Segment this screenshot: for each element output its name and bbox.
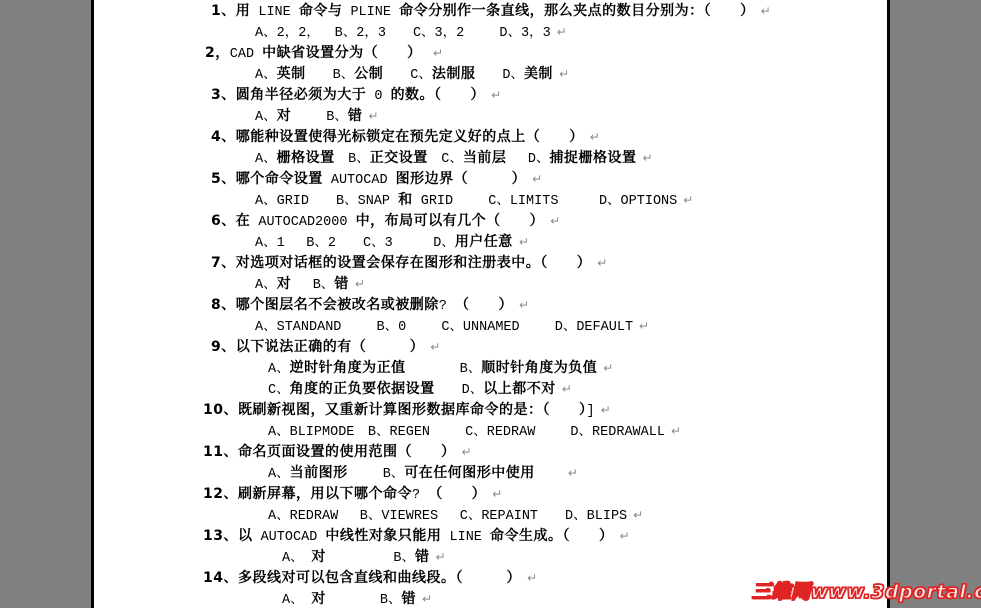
text-segment: 对: [297, 549, 326, 565]
document-line: A、 对 B、错↵: [94, 547, 887, 568]
line-break-mark-icon: ↵: [562, 382, 572, 396]
text-segment: 错: [334, 276, 349, 292]
line-break-mark-icon: ↵: [519, 298, 529, 312]
text-segment: 0: [366, 89, 390, 104]
document-line: 11、命名页面设置的使用范围（ ）↵: [94, 442, 887, 463]
text-segment: A、: [268, 362, 290, 377]
text-segment: 错: [401, 591, 416, 607]
text-segment: C、: [428, 152, 463, 167]
text-segment: 捕捉栅格设置: [550, 150, 637, 166]
document-line: A、REDRAW B、VIEWRES C、REPAINT D、BLIPS↵: [94, 505, 887, 526]
document-line: 12、刷新屏幕，用以下哪个命令? （ ）↵: [94, 484, 887, 505]
line-break-mark-icon: ↵: [568, 466, 578, 480]
text-segment: 用户任意: [455, 234, 513, 250]
document-line: 10、既刷新视图，又重新计算图形数据库命令的是：（ ）]↵: [94, 400, 887, 421]
text-segment: 14、多段线对可以包含直线和曲线段。（ ）: [203, 570, 521, 586]
text-segment: A、1 B、2 C、3 D、: [255, 236, 455, 251]
text-segment: A、STANDAND B、0 C、UNNAMED D、DEFAULT: [255, 320, 633, 335]
text-segment: 的数。（ ）: [391, 87, 486, 103]
text-segment: 9、以下说法正确的有（ ）: [211, 339, 424, 355]
text-segment: （ ）: [428, 486, 486, 502]
text-segment: 6、在: [211, 213, 250, 229]
line-break-mark-icon: ↵: [671, 424, 681, 438]
text-segment: 法制服: [432, 66, 476, 82]
text-segment: 逆时针角度为正值: [290, 360, 406, 376]
document-line: A、栅格设置 B、正交设置 C、当前层 D、捕捉栅格设置↵: [94, 148, 887, 169]
line-break-mark-icon: ↵: [550, 214, 560, 228]
text-segment: D、: [506, 152, 549, 167]
line-break-mark-icon: ↵: [492, 487, 502, 501]
text-segment: 命令与: [299, 3, 343, 19]
text-segment: 8、哪个图层名不会被改名或被删除: [211, 297, 439, 313]
text-segment: A、: [255, 152, 277, 167]
text-segment: 1、用: [211, 3, 250, 19]
text-segment: A、REDRAW B、VIEWRES C、REPAINT D、BLIPS: [268, 509, 627, 524]
line-break-mark-icon: ↵: [491, 88, 501, 102]
text-segment: B、: [326, 551, 415, 566]
line-break-mark-icon: ↵: [761, 4, 771, 18]
text-segment: D、: [435, 383, 484, 398]
text-segment: 7、对选项对话框的设置会保存在图形和注册表中。（ ）: [211, 255, 591, 271]
text-segment: 可在任何图形中使用: [404, 465, 535, 481]
text-segment: D、: [475, 68, 524, 83]
text-segment: A、GRID B、SNAP: [255, 194, 398, 209]
text-segment: 顺时针角度为负值: [481, 360, 597, 376]
document-line: 1、用 LINE 命令与 PLINE 命令分别作一条直线，那么夹点的数目分别为：…: [94, 1, 887, 22]
document-line: C、角度的正负要依据设置 D、以上都不对↵: [94, 379, 887, 400]
document-line: A、当前图形 B、可在任何图形中使用 ↵: [94, 463, 887, 484]
text-segment: 命令分别作一条直线，那么夹点的数目分别为：（ ）: [399, 3, 755, 19]
text-segment: 公制: [354, 66, 383, 82]
document-line: A、对 B、错↵: [94, 274, 887, 295]
text-segment: C、: [383, 68, 432, 83]
document-line: A、GRID B、SNAP 和 GRID C、LIMITS D、OPTIONS↵: [94, 190, 887, 211]
document-line: 3、圆角半径必须为大于 0 的数。（ ）↵: [94, 85, 887, 106]
text-segment: B、: [326, 593, 402, 608]
text-segment: 美制: [524, 66, 553, 82]
text-segment: A、BLIPMODE B、REGEN C、REDRAW D、REDRAWALL: [268, 425, 665, 440]
text-segment: ?: [439, 299, 455, 314]
text-segment: ]: [586, 404, 594, 419]
document-page: 1、用 LINE 命令与 PLINE 命令分别作一条直线，那么夹点的数目分别为：…: [91, 0, 890, 608]
document-line: 2，CAD 中缺省设置分为（ ） ↵: [94, 43, 887, 64]
text-segment: LINE: [441, 530, 490, 545]
text-segment: 角度的正负要依据设置: [290, 381, 435, 397]
line-break-mark-icon: ↵: [683, 193, 693, 207]
text-segment: PLINE: [342, 5, 399, 20]
line-break-mark-icon: ↵: [355, 277, 365, 291]
text-segment: 对: [277, 276, 292, 292]
text-segment: A、: [255, 68, 277, 83]
document-line: A、STANDAND B、0 C、UNNAMED D、DEFAULT↵: [94, 316, 887, 337]
document-line: 13、以 AUTOCAD 中线性对象只能用 LINE 命令生成。（ ）↵: [94, 526, 887, 547]
line-break-mark-icon: ↵: [557, 25, 567, 39]
text-segment: 12、刷新屏幕，用以下哪个命令: [203, 486, 412, 502]
site-watermark: 三维网www.3dportal.cn: [752, 577, 981, 604]
document-line: 5、哪个命令设置 AUTOCAD 图形边界（ ）↵: [94, 169, 887, 190]
text-segment: B、: [306, 68, 355, 83]
document-line: 4、哪能种设置使得光标锁定在预先定义好的点上（ ）↵: [94, 127, 887, 148]
document-line: A、1 B、2 C、3 D、用户任意↵: [94, 232, 887, 253]
document-content: 1、用 LINE 命令与 PLINE 命令分别作一条直线，那么夹点的数目分别为：…: [94, 0, 887, 608]
document-viewer-background: 1、用 LINE 命令与 PLINE 命令分别作一条直线，那么夹点的数目分别为：…: [0, 0, 981, 608]
line-break-mark-icon: ↵: [620, 529, 630, 543]
text-segment: 2，: [205, 45, 230, 61]
text-segment: A、2，2， B、2，3 C、3，2 D、3，3: [255, 26, 551, 41]
line-break-mark-icon: ↵: [433, 46, 443, 60]
line-break-mark-icon: ↵: [435, 550, 445, 564]
text-segment: 命令生成。（ ）: [490, 528, 614, 544]
document-line: A、英制 B、公制 C、法制服 D、美制↵: [94, 64, 887, 85]
line-break-mark-icon: ↵: [559, 67, 569, 81]
text-segment: 当前图形: [290, 465, 348, 481]
text-segment: 当前层: [463, 150, 507, 166]
line-break-mark-icon: ↵: [527, 571, 537, 585]
text-segment: ?: [412, 488, 428, 503]
text-segment: A、: [268, 467, 290, 482]
line-break-mark-icon: ↵: [368, 109, 378, 123]
line-break-mark-icon: ↵: [603, 361, 613, 375]
text-segment: （ ）: [455, 297, 513, 313]
text-segment: 10、既刷新视图，又重新计算图形数据库命令的是：（ ）: [203, 402, 586, 418]
text-segment: 11、命名页面设置的使用范围（ ）: [203, 444, 455, 460]
line-break-mark-icon: ↵: [633, 508, 643, 522]
document-line: 8、哪个图层名不会被改名或被删除? （ ）↵: [94, 295, 887, 316]
text-segment: 中线性对象只能用: [325, 528, 441, 544]
text-segment: 错: [348, 108, 363, 124]
text-segment: 英制: [277, 66, 306, 82]
line-break-mark-icon: ↵: [430, 340, 440, 354]
document-line: A、对 B、错↵: [94, 106, 887, 127]
line-break-mark-icon: ↵: [422, 592, 432, 606]
text-segment: AUTOCAD: [323, 173, 396, 188]
text-segment: A、: [255, 278, 277, 293]
text-segment: 4、哪能种设置使得光标锁定在预先定义好的点上（ ）: [211, 129, 584, 145]
text-segment: LINE: [250, 5, 299, 20]
line-break-mark-icon: ↵: [597, 256, 607, 270]
text-segment: A、: [255, 110, 277, 125]
line-break-mark-icon: ↵: [590, 130, 600, 144]
text-segment: AUTOCAD2000: [250, 215, 355, 230]
document-line: 6、在 AUTOCAD2000 中，布局可以有几个（ ）↵: [94, 211, 887, 232]
text-segment: 图形边界（ ）: [396, 171, 527, 187]
text-segment: 中，布局可以有几个（ ）: [356, 213, 545, 229]
line-break-mark-icon: ↵: [532, 172, 542, 186]
text-segment: 5、哪个命令设置: [211, 171, 323, 187]
text-segment: 错: [415, 549, 430, 565]
text-segment: 13、以: [203, 528, 252, 544]
document-line: A、逆时针角度为正值 B、顺时针角度为负值↵: [94, 358, 887, 379]
document-line: A、BLIPMODE B、REGEN C、REDRAW D、REDRAWALL↵: [94, 421, 887, 442]
text-segment: 3、圆角半径必须为大于: [211, 87, 366, 103]
line-break-mark-icon: ↵: [639, 319, 649, 333]
text-segment: 以上都不对: [483, 381, 556, 397]
text-segment: B、: [406, 362, 482, 377]
text-segment: A、: [282, 551, 297, 566]
text-segment: B、: [291, 110, 348, 125]
line-break-mark-icon: ↵: [601, 403, 611, 417]
line-break-mark-icon: ↵: [519, 235, 529, 249]
text-segment: GRID C、LIMITS D、OPTIONS: [413, 194, 678, 209]
text-segment: B、: [291, 278, 334, 293]
document-line: 9、以下说法正确的有（ ）↵: [94, 337, 887, 358]
text-segment: 和: [398, 192, 413, 208]
document-line: 7、对选项对话框的设置会保存在图形和注册表中。（ ）↵: [94, 253, 887, 274]
line-break-mark-icon: ↵: [643, 151, 653, 165]
document-line: A、2，2， B、2，3 C、3，2 D、3，3↵: [94, 22, 887, 43]
text-segment: C、: [268, 383, 290, 398]
text-segment: 对: [297, 591, 326, 607]
text-segment: A、: [282, 593, 297, 608]
text-segment: AUTOCAD: [252, 530, 325, 545]
line-break-mark-icon: ↵: [461, 445, 471, 459]
text-segment: 中缺省设置分为（ ）: [262, 45, 427, 61]
text-segment: B、: [348, 467, 405, 482]
text-segment: 对: [277, 108, 292, 124]
text-segment: CAD: [230, 47, 262, 62]
text-segment: B、: [335, 152, 370, 167]
text-segment: 栅格设置: [277, 150, 335, 166]
text-segment: [535, 467, 562, 482]
text-segment: 正交设置: [370, 150, 428, 166]
